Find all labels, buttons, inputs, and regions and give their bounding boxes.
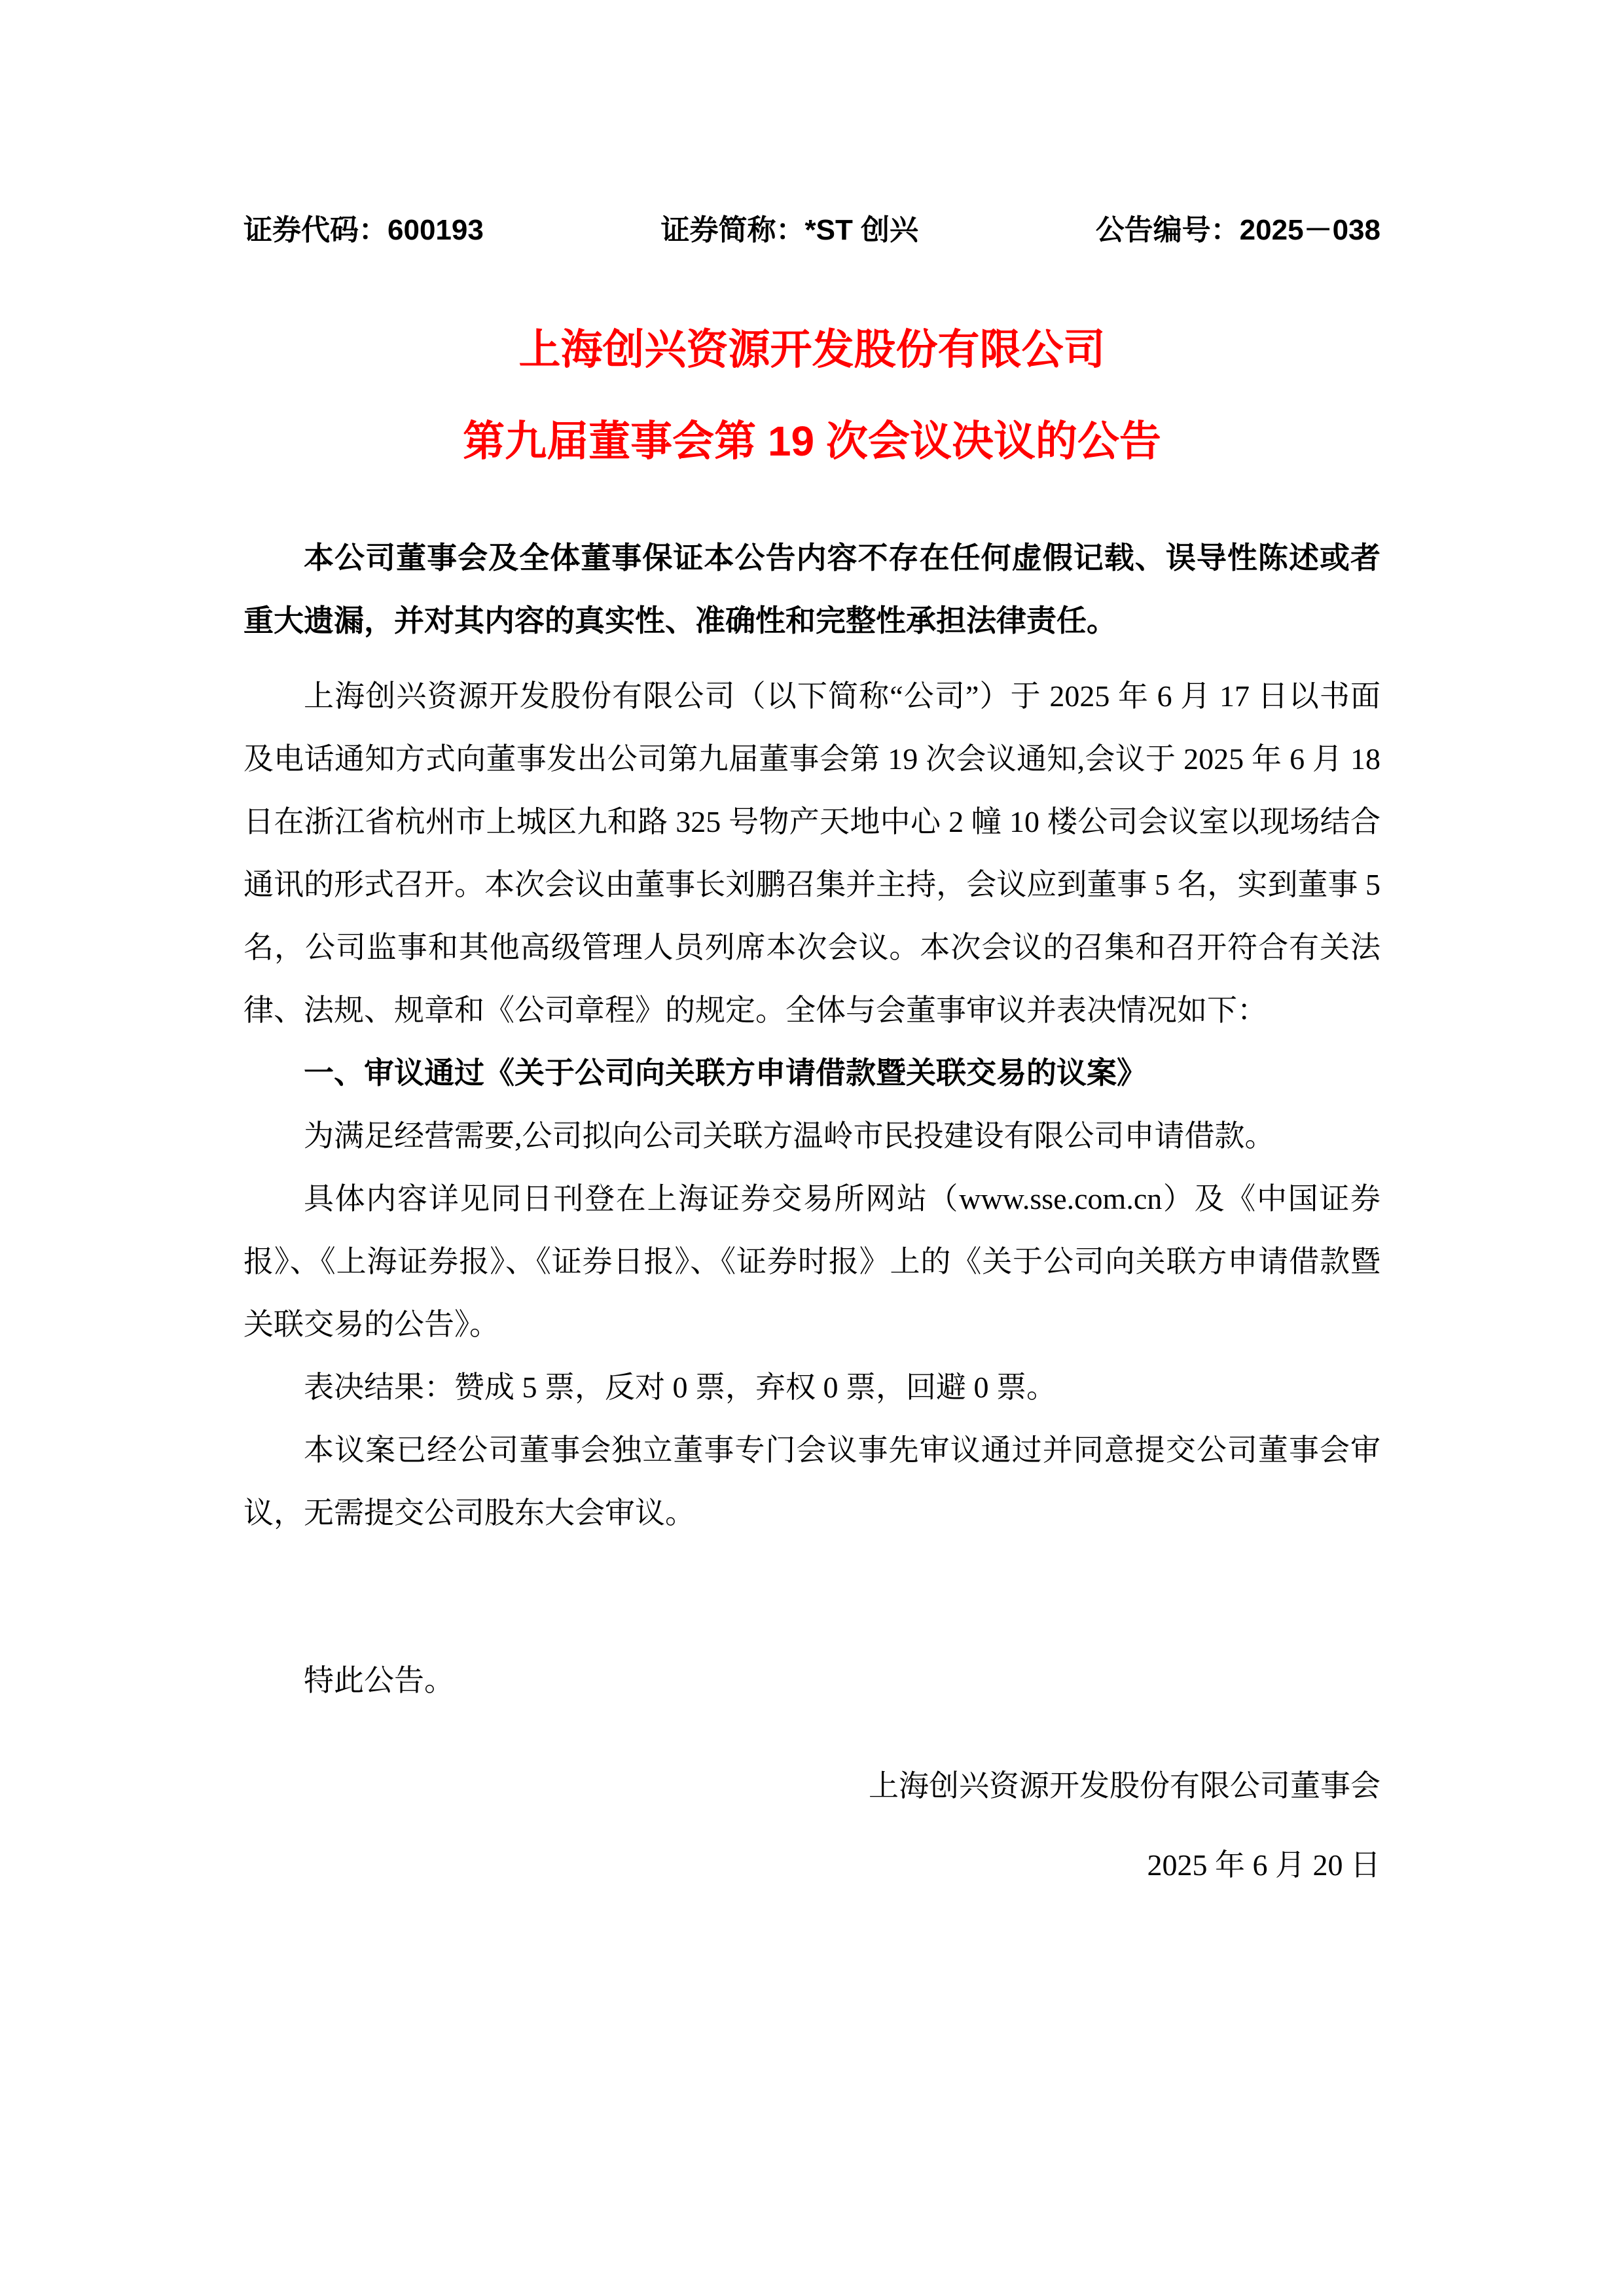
resolution-purpose-paragraph: 为满足经营需要,公司拟向公司关联方温岭市民投建设有限公司申请借款。 [244, 1105, 1380, 1168]
voting-result-paragraph: 表决结果：赞成 5 票，反对 0 票，弃权 0 票，回避 0 票。 [244, 1356, 1380, 1419]
meeting-overview-paragraph: 上海创兴资源开发股份有限公司（以下简称“公司”）于 2025 年 6 月 17 … [244, 665, 1380, 1042]
closing-statement: 特此公告。 [244, 1649, 1380, 1712]
board-disclaimer-statement: 本公司董事会及全体董事保证本公告内容不存在任何虚假记载、误导性陈述或者重大遗漏，… [244, 526, 1380, 652]
resolution-item-heading: 一、审议通过《关于公司向关联方申请借款暨关联交易的议案》 [244, 1042, 1380, 1105]
signature-company-line: 上海创兴资源开发股份有限公司董事会 [244, 1755, 1380, 1818]
stock-abbreviation: 证券简称：*ST 创兴 [660, 216, 918, 245]
document-header-row: 证券代码：600193 证券简称：*ST 创兴 公告编号：2025－038 [244, 216, 1380, 245]
announcement-document-page: 证券代码：600193 证券简称：*ST 创兴 公告编号：2025－038 上海… [0, 0, 1624, 2296]
stock-code: 证券代码：600193 [244, 216, 484, 245]
resolution-announcement-title: 第九届董事会第 19 次会议决议的公告 [244, 395, 1380, 487]
disclosure-reference-paragraph: 具体内容详见同日刊登在上海证券交易所网站（www.sse.com.cn）及《中国… [244, 1168, 1380, 1356]
independent-director-review-paragraph: 本议案已经公司董事会独立董事专门会议事先审议通过并同意提交公司董事会审议，无需提… [244, 1419, 1380, 1545]
signature-date-line: 2025 年 6 月 20 日 [244, 1834, 1380, 1897]
document-content-area: 证券代码：600193 证券简称：*ST 创兴 公告编号：2025－038 上海… [0, 0, 1624, 1897]
document-title-block: 上海创兴资源开发股份有限公司 第九届董事会第 19 次会议决议的公告 [244, 304, 1380, 487]
company-name-title: 上海创兴资源开发股份有限公司 [244, 304, 1380, 395]
announcement-number: 公告编号：2025－038 [1096, 216, 1380, 245]
